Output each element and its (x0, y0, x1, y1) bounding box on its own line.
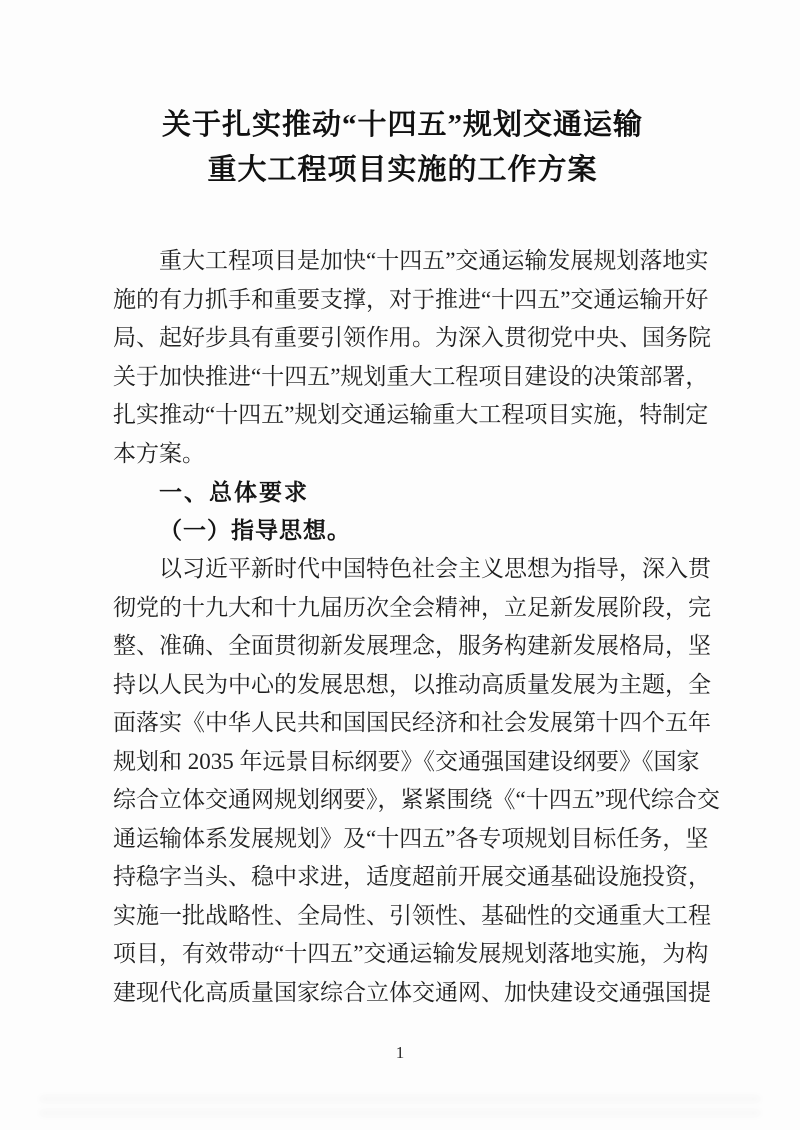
paragraph-2-line: 综合立体交通网规划纲要》，紧紧围绕《“十四五”现代综合交 (113, 781, 692, 820)
title-line-2: 重大工程项目实施的工作方案 (113, 148, 692, 193)
paragraph-1-line: 本方案。 (113, 435, 692, 474)
document-content: 关于扎实推动“十四五”规划交通运输 重大工程项目实施的工作方案 重大工程项目是加… (0, 103, 800, 1012)
paragraph-2: 以习近平新时代中国特色社会主义思想为指导，深入贯 彻党的十九大和十九届历次全会精… (113, 550, 692, 1012)
title-line-1: 关于扎实推动“十四五”规划交通运输 (113, 103, 692, 148)
document-title: 关于扎实推动“十四五”规划交通运输 重大工程项目实施的工作方案 (113, 103, 692, 193)
paragraph-2-line: 规划和 2035 年远景目标纲要》《交通强国建设纲要》《国家 (113, 743, 692, 782)
paragraph-1-line: 重大工程项目是加快“十四五”交通运输发展规划落地实 (113, 242, 692, 281)
paragraph-2-line: 通运输体系发展规划》及“十四五”各专项规划目标任务，坚 (113, 820, 692, 859)
paragraph-1: 重大工程项目是加快“十四五”交通运输发展规划落地实 施的有力抓手和重要支撑，对于… (113, 242, 692, 473)
subsection-heading: （一）指导思想。 (113, 512, 692, 551)
paragraph-2-line: 以习近平新时代中国特色社会主义思想为指导，深入贯 (113, 550, 692, 589)
paragraph-2-line: 彻党的十九大和十九届历次全会精神，立足新发展阶段，完 (113, 589, 692, 628)
paragraph-2-line: 持以人民为中心的发展思想，以推动高质量发展为主题，全 (113, 666, 692, 705)
scan-bleed-through-artifact (40, 1088, 760, 1116)
paragraph-1-line: 关于加快推进“十四五”规划重大工程项目建设的决策部署， (113, 358, 692, 397)
paragraph-1-line: 局、起好步具有重要引领作用。为深入贯彻党中央、国务院 (113, 319, 692, 358)
document-body: 重大工程项目是加快“十四五”交通运输发展规划落地实 施的有力抓手和重要支撑，对于… (113, 242, 692, 1012)
paragraph-2-line: 整、准确、全面贯彻新发展理念，服务构建新发展格局，坚 (113, 627, 692, 666)
paragraph-2-line: 持稳字当头、稳中求进，适度超前开展交通基础设施投资， (113, 858, 692, 897)
paragraph-1-line: 扎实推动“十四五”规划交通运输重大工程项目实施，特制定 (113, 396, 692, 435)
section-heading: 一、总体要求 (113, 473, 692, 512)
paragraph-2-line: 项目，有效带动“十四五”交通运输发展规划落地实施，为构 (113, 935, 692, 974)
paragraph-1-line: 施的有力抓手和重要支撑，对于推进“十四五”交通运输开好 (113, 281, 692, 320)
paragraph-2-line: 实施一批战略性、全局性、引领性、基础性的交通重大工程 (113, 897, 692, 936)
page-number: 1 (0, 1043, 800, 1063)
document-page: 关于扎实推动“十四五”规划交通运输 重大工程项目实施的工作方案 重大工程项目是加… (0, 0, 800, 1130)
paragraph-2-line: 面落实《中华人民共和国国民经济和社会发展第十四个五年 (113, 704, 692, 743)
paragraph-2-line: 建现代化高质量国家综合立体交通网、加快建设交通强国提 (113, 974, 692, 1013)
